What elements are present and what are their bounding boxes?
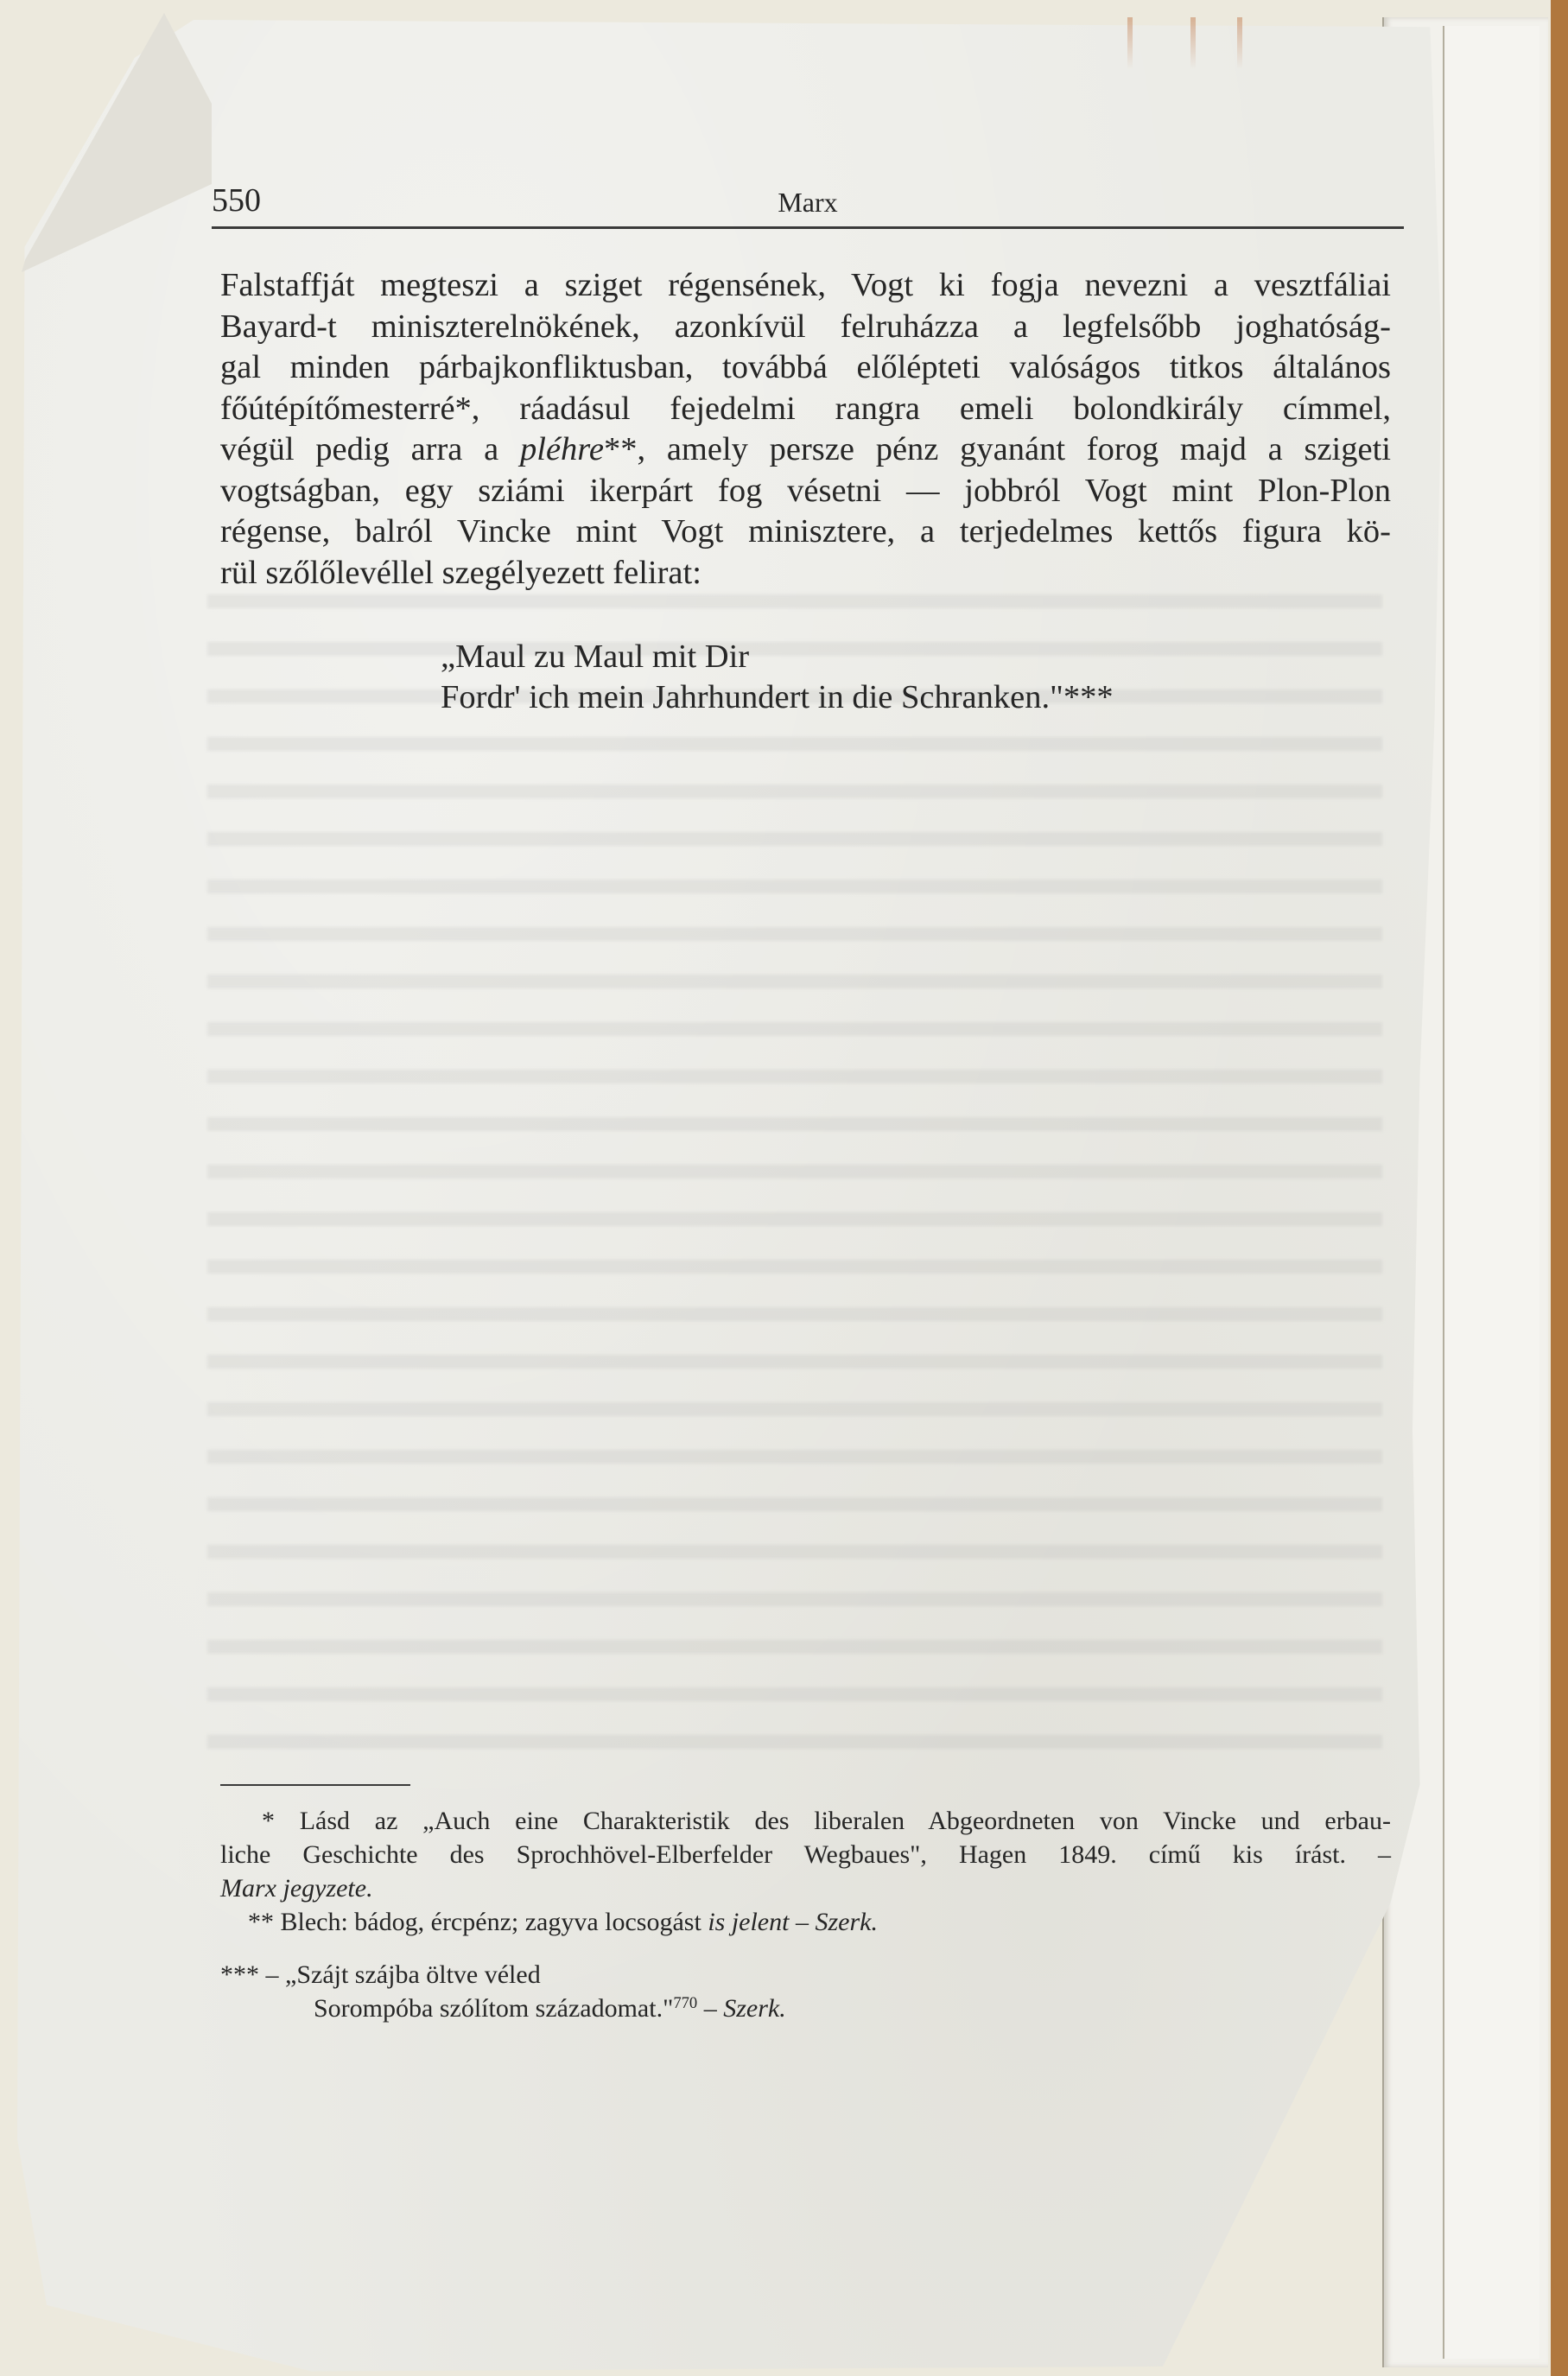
footnote-attribution: Szerk. <box>815 1908 877 1936</box>
footnote-line: liche Geschichte des Sprochhövel-Elberfe… <box>220 1838 1391 1871</box>
text-line: gal minden párbajkonfliktusban, továbbá … <box>220 347 1391 389</box>
text-span: ** Blech: bádog, ércpénz; zagyva locsogá… <box>248 1908 708 1936</box>
verse-line: Fordr' ich mein Jahrhundert in die Schra… <box>441 677 1391 718</box>
text-span: végül pedig arra a <box>220 431 520 467</box>
footnote-2: ** Blech: bádog, ércpénz; zagyva locsogá… <box>220 1905 1391 1939</box>
footnote-divider <box>220 1784 410 1786</box>
italic-term: pléhre <box>520 431 604 467</box>
verse-line: „Maul zu Maul mit Dir <box>441 637 1391 677</box>
footnotes: * Lásd az „Auch eine Charakteristik des … <box>220 1804 1391 2025</box>
footnote-line: Marx jegyzete. <box>220 1871 1391 1905</box>
running-title: Marx <box>212 187 1404 219</box>
text-line: főútépítőmesterré*, ráadásul fejedelmi r… <box>220 389 1391 430</box>
footnote-attribution: Marx jegyzete. <box>220 1874 373 1903</box>
footnote-3: *** – „Szájt szájba öltve véled Sorompób… <box>220 1958 1391 2025</box>
endnote-reference: 770 <box>673 1994 697 2012</box>
text-span: **, amely persze pénz gyanánt forog majd… <box>604 431 1391 467</box>
text-span: – <box>697 1994 723 2023</box>
text-line: régense, balról Vincke mint Vogt miniszt… <box>220 511 1391 553</box>
footnote-line: ** Blech: bádog, ércpénz; zagyva locsogá… <box>220 1905 1391 1939</box>
italic-term: is jelent <box>708 1908 789 1936</box>
text-span: – <box>789 1908 815 1936</box>
verse-quote: „Maul zu Maul mit Dir Fordr' ich mein Ja… <box>441 637 1391 718</box>
stain-mark <box>1127 17 1133 69</box>
underlying-page-edge-2 <box>1443 26 1539 2359</box>
text-span: Sorompóba szólítom századomat." <box>314 1994 673 2023</box>
footnote-line: Sorompóba szólítom századomat."770 – Sze… <box>220 1992 1391 2025</box>
text-line: Falstaffját megteszi a sziget régensének… <box>220 265 1391 307</box>
footnote-attribution: Szerk. <box>723 1994 785 2023</box>
text-line: rül szőlőlevéllel szegélyezett felirat: <box>220 553 1391 594</box>
stain-mark <box>1237 17 1242 69</box>
body-paragraph: Falstaffját megteszi a sziget régensének… <box>220 265 1391 594</box>
text-line: Bayard-t miniszterelnökének, azonkívül f… <box>220 307 1391 348</box>
footnote-line: * Lásd az „Auch eine Charakteristik des … <box>220 1804 1391 1838</box>
text-line: vogtságban, egy sziámi ikerpárt fog vése… <box>220 471 1391 512</box>
running-head: 550 Marx <box>212 173 1404 229</box>
stain-mark <box>1190 17 1196 69</box>
footnote-1: * Lásd az „Auch eine Charakteristik des … <box>220 1804 1391 1905</box>
show-through-text <box>207 570 1382 1763</box>
page-content: 550 Marx Falstaffját megteszi a sziget r… <box>220 173 1391 718</box>
footnote-line: *** – „Szájt szájba öltve véled <box>220 1958 1391 1992</box>
text-line: végül pedig arra a pléhre**, amely persz… <box>220 429 1391 471</box>
